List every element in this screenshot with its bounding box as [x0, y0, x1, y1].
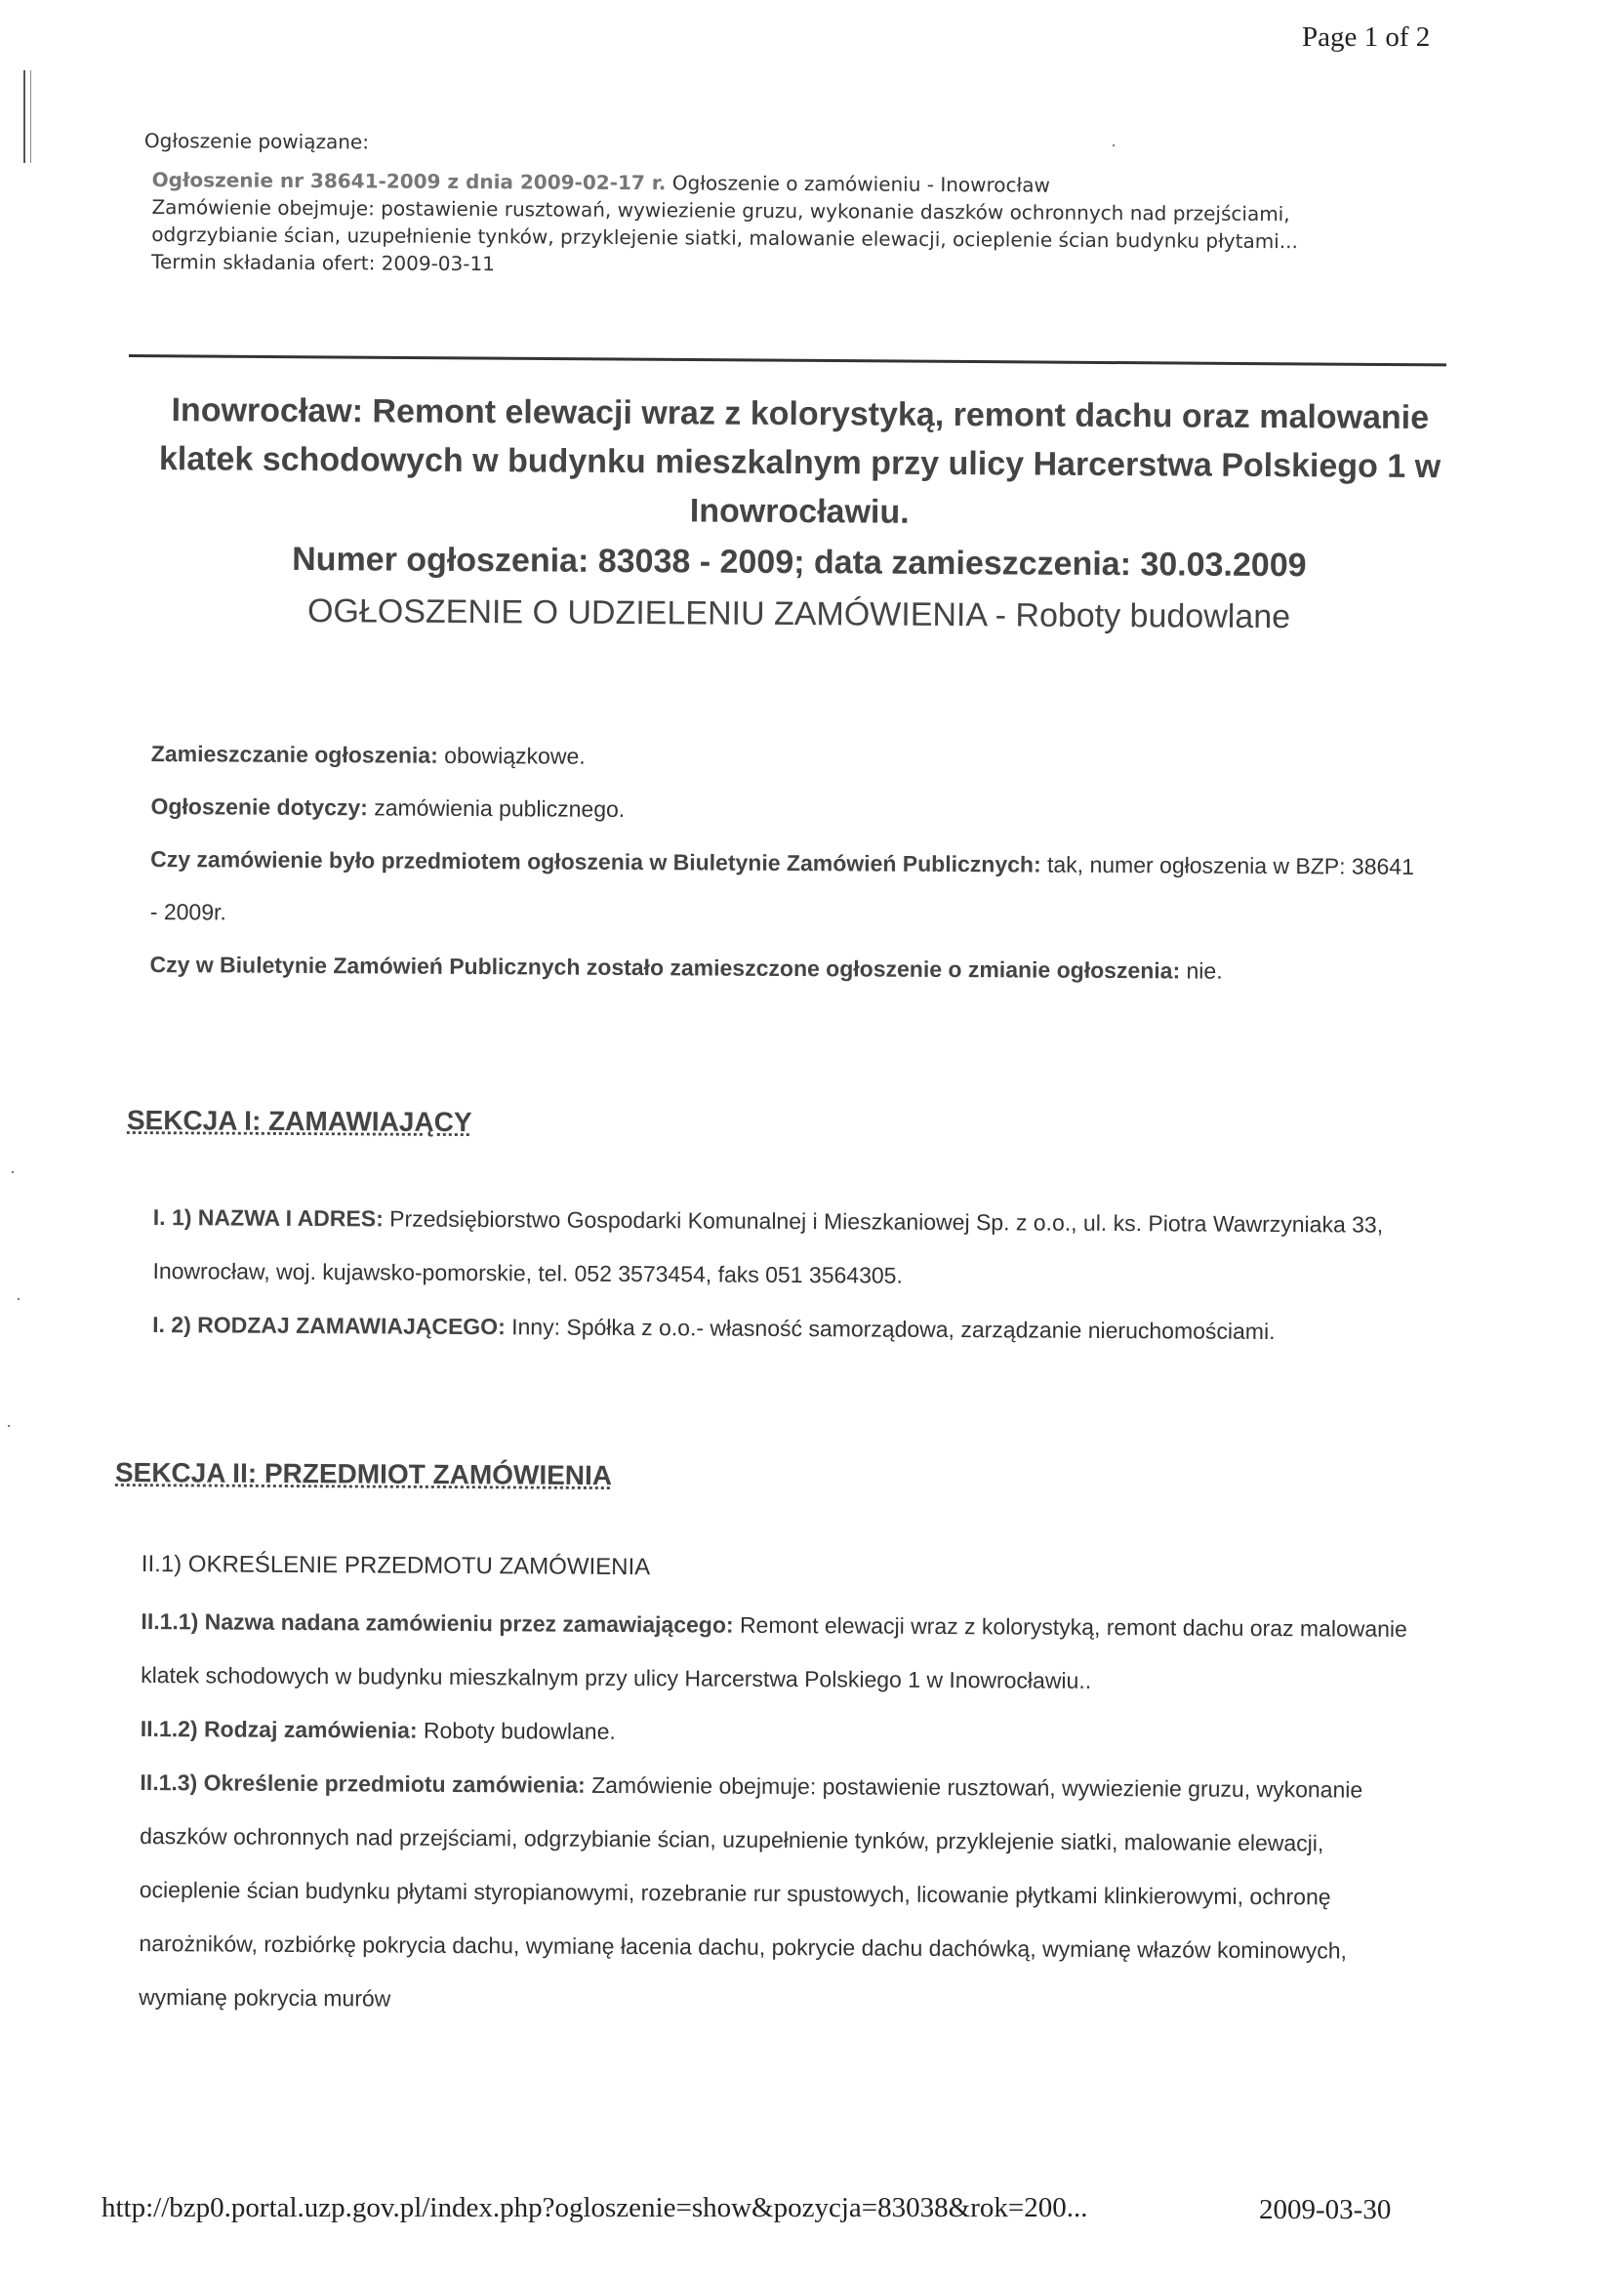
scan-speck — [1113, 144, 1115, 146]
related-body: Ogłoszenie nr 38641-2009 z dnia 2009-02-… — [143, 166, 1413, 283]
scan-margin-mark — [23, 70, 31, 163]
intro-field: Czy w Biuletynie Zamówień Publicznych zo… — [149, 938, 1418, 998]
page-indicator: Page 1 of 2 — [1302, 21, 1430, 54]
footer-url-link[interactable]: http://bzp0.portal.uzp.gov.pl/index.php?… — [101, 2192, 1087, 2224]
related-summary: Zamówienie obejmuje: postawienie rusztow… — [151, 195, 1298, 253]
notice-number-line: Numer ogłoszenia: 83038 - 2009; data zam… — [145, 532, 1453, 592]
section-2-item: II.1.1) Nazwa nadana zamówieniu przez za… — [141, 1595, 1420, 1710]
section-1-heading: SEKCJA I: ZAMAWIAJĄCY — [127, 1105, 472, 1138]
related-reference-link[interactable]: Ogłoszenie nr 38641-2009 z dnia 2009-02-… — [152, 168, 667, 194]
notice-title-block: Inowrocław: Remont elewacji wraz z kolor… — [144, 386, 1454, 643]
related-label: Ogłoszenie powiązane: — [144, 129, 1413, 160]
intro-field: Czy zamówienie było przedmiotem ogłoszen… — [150, 833, 1420, 946]
print-footer: http://bzp0.portal.uzp.gov.pl/index.php?… — [101, 2192, 1468, 2224]
section-2-item: II.1.3) Określenie przedmiotu zamówienia… — [139, 1756, 1419, 2032]
scan-speck — [8, 1425, 10, 1427]
section-2-body: II.1) OKREŚLENIE PRZEDMOTU ZAMÓWIENIA II… — [139, 1537, 1420, 2032]
section-2-heading: SEKCJA II: PRZEDMIOT ZAMÓWIENIA — [115, 1457, 612, 1491]
section-2-item: II.1.2) Rodzaj zamówienia: Roboty budowl… — [141, 1702, 1419, 1764]
scan-speck — [12, 1171, 14, 1173]
separator-line — [129, 354, 1446, 366]
intro-field: Zamieszczanie ogłoszenia: obowiązkowe. — [151, 727, 1420, 788]
section-1-item: I. 1) NAZWA I ADRES: Przedsiębiorstwo Go… — [152, 1191, 1422, 1306]
notice-title: Inowrocław: Remont elewacji wraz z kolor… — [145, 386, 1454, 540]
section-2-subheading: II.1) OKREŚLENIE PRZEDMOTU ZAMÓWIENIA — [142, 1537, 1420, 1599]
intro-field: Ogłoszenie dotyczy: zamówienia publiczne… — [150, 780, 1419, 840]
intro-fields: Zamieszczanie ogłoszenia: obowiązkowe. O… — [149, 727, 1420, 998]
notice-kind-line: OGŁOSZENIE O UDZIELENIU ZAMÓWIENIA - Rob… — [144, 585, 1452, 643]
section-1-body: I. 1) NAZWA I ADRES: Przedsiębiorstwo Go… — [152, 1191, 1422, 1360]
section-1-item: I. 2) RODZAJ ZAMAWIAJĄCEGO: Inny: Spółka… — [152, 1298, 1421, 1360]
scan-speck — [18, 1298, 20, 1300]
related-notice: Ogłoszenie powiązane: Ogłoszenie nr 3864… — [143, 129, 1413, 283]
related-deadline: Termin składania ofert: 2009-03-11 — [151, 250, 495, 275]
related-reference-title: Ogłoszenie o zamówieniu - Inowrocław — [666, 171, 1050, 196]
footer-date: 2009-03-30 — [1259, 2194, 1391, 2226]
